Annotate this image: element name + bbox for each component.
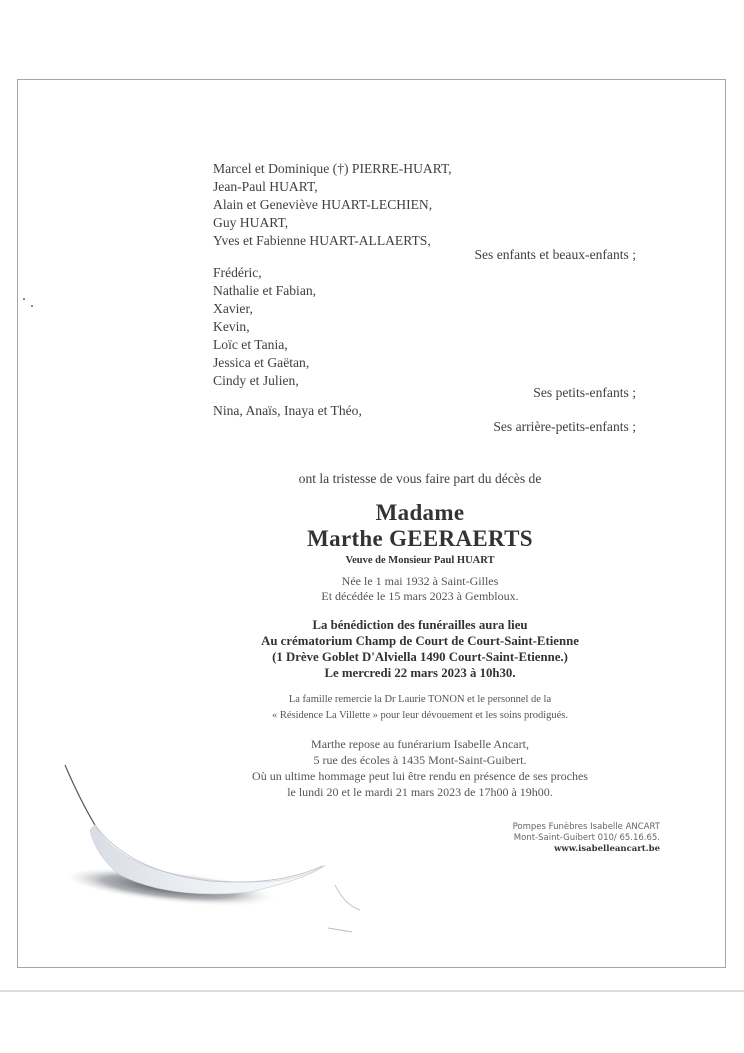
deceased-name: Marthe GEERAERTS — [120, 526, 720, 552]
family-line: Nina, Anaïs, Inaya et Théo, — [213, 402, 362, 420]
family-line: Kevin, — [213, 318, 250, 336]
family-line: Nathalie et Fabian, — [213, 282, 316, 300]
scan-specks — [23, 297, 37, 311]
birth-death-block: Née le 1 mai 1932 à Saint-Gilles Et décé… — [120, 574, 720, 604]
repose-line: Marthe repose au funérarium Isabelle Anc… — [120, 736, 720, 752]
family-line: Jessica et Gaëtan, — [213, 354, 309, 372]
funeral-home-footer: Pompes Funèbres Isabelle ANCART Mont-Sai… — [513, 822, 660, 855]
thanks-line: « Résidence La Villette » pour leur dévo… — [120, 708, 720, 724]
thanks-block: La famille remercie la Dr Laurie TONON e… — [120, 692, 720, 724]
birth-line: Née le 1 mai 1932 à Saint-Gilles — [120, 574, 720, 589]
deceased-title: Madame — [120, 500, 720, 526]
death-line: Et décédée le 15 mars 2023 à Gembloux. — [120, 589, 720, 604]
funeral-home-contact: Mont-Saint-Guibert 010/ 65.16.65. — [513, 833, 660, 844]
family-line: Cindy et Julien, — [213, 372, 299, 390]
family-line: Loïc et Tania, — [213, 336, 288, 354]
family-line: Alain et Geneviève HUART-LECHIEN, — [213, 196, 432, 214]
funeral-line: Le mercredi 22 mars 2023 à 10h30. — [120, 665, 720, 681]
family-line: Jean-Paul HUART, — [213, 178, 318, 196]
funeral-home-website[interactable]: www.isabelleancart.be — [513, 844, 660, 855]
widow-of: Veuve de Monsieur Paul HUART — [120, 555, 720, 566]
funeral-details: La bénédiction des funérailles aura lieu… — [120, 617, 720, 681]
family-line: Yves et Fabienne HUART-ALLAERTS, — [213, 232, 431, 250]
great-grandchildren-label: Ses arrière-petits-enfants ; — [493, 418, 636, 436]
family-line: Frédéric, — [213, 264, 262, 282]
grandchildren-label: Ses petits-enfants ; — [533, 384, 636, 402]
funeral-home-name: Pompes Funèbres Isabelle ANCART — [513, 822, 660, 833]
funeral-line: Au crématorium Champ de Court de Court-S… — [120, 633, 720, 649]
thanks-line: La famille remercie la Dr Laurie TONON e… — [120, 692, 720, 708]
announcement-intro: ont la tristesse de vous faire part du d… — [120, 471, 720, 487]
funeral-line: (1 Drève Goblet D'Alviella 1490 Court-Sa… — [120, 649, 720, 665]
children-label: Ses enfants et beaux-enfants ; — [474, 246, 636, 264]
family-line: Guy HUART, — [213, 214, 288, 232]
family-line: Xavier, — [213, 300, 253, 318]
family-line: Marcel et Dominique (†) PIERRE-HUART, — [213, 160, 452, 178]
feather-icon — [60, 760, 380, 940]
funeral-line: La bénédiction des funérailles aura lieu — [120, 617, 720, 633]
page-separator — [0, 990, 744, 992]
